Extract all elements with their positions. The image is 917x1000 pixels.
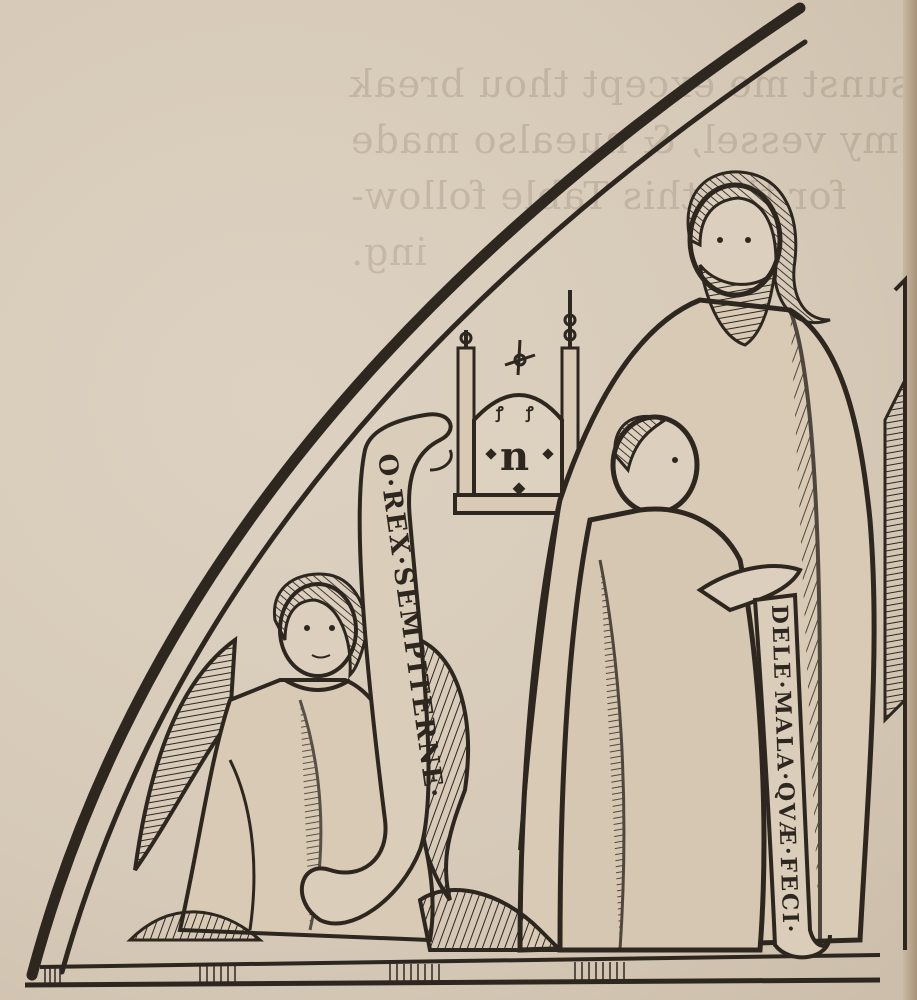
woodcut-illustration: O·REX·SEMPITERNE· ꝭ ꝭ n [0,0,917,1000]
svg-text:ꝭ: ꝭ [495,403,504,423]
book-page-scan: sunst me except thou break my vessel, & … [0,0,917,1000]
ground-base [25,955,880,985]
svg-text:ꝭ: ꝭ [525,403,534,423]
canopy-monogram: n [500,433,529,480]
crowned-canopy: ꝭ ꝭ n [455,290,580,513]
